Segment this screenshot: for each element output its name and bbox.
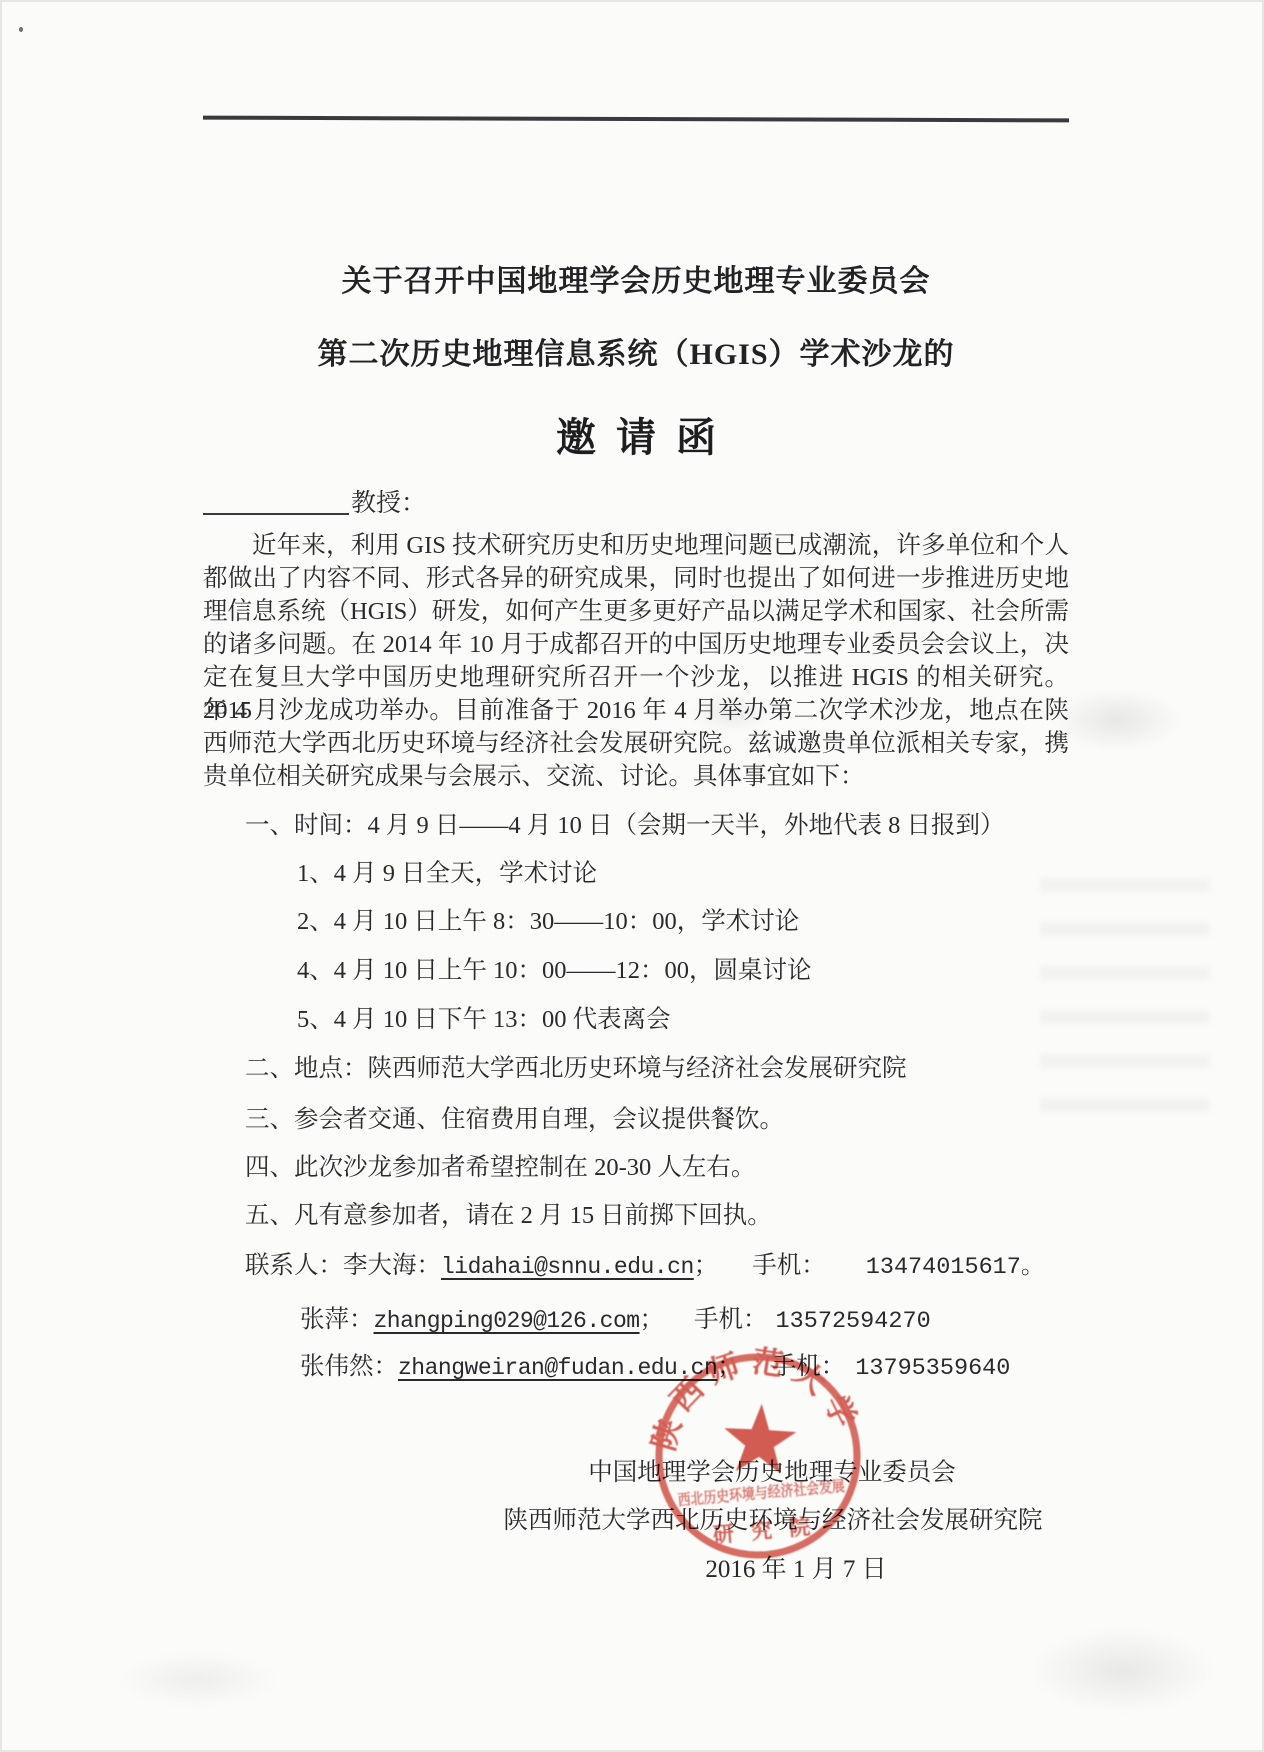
schedule-sub-item: 5、4 月 10 日下午 13：00 代表离会 <box>297 1003 671 1037</box>
contact-separator: ； <box>640 1306 665 1333</box>
contact-phone-label: 手机： <box>752 1252 826 1279</box>
contact-email: zhangping029@126.com <box>374 1308 640 1334</box>
body-line: 年 4 月沙龙成功举办。目前准备于 2016 年 4 月举办第二次学术沙龙，地点… <box>203 694 1069 727</box>
contact-prefix: 张萍： <box>300 1306 374 1333</box>
seal-graphic: 陕西师范大学 西北历史环境与经济社会发展 研 究 院 <box>639 1337 877 1575</box>
schedule-sub-item: 4、4 月 10 日上午 10：00——12：00，圆桌讨论 <box>297 954 812 988</box>
item-capacity: 四、此次沙龙参加者希望控制在 20-30 人左右。 <box>245 1151 755 1185</box>
text-column: 关于召开中国地理学会历史地理专业委员会 第二次历史地理信息系统（HGIS）学术沙… <box>203 0 1069 1752</box>
body-line: 近年来，利用 GIS 技术研究历史和历史地理问题已成潮流，许多单位和个人 <box>203 529 1069 562</box>
seal-band-text: 西北历史环境与经济社会发展 <box>677 1477 845 1510</box>
contact-separator: ； <box>694 1252 719 1279</box>
item-location: 二、地点：陕西师范大学西北历史环境与经济社会发展研究院 <box>245 1052 907 1086</box>
schedule-sub-item: 2、4 月 10 日上午 8：30——10：00，学术讨论 <box>297 905 799 939</box>
body-line: 理信息系统（HGIS）研发，如何产生更多更好产品以满足学术和国家、社会所需 <box>203 595 1069 628</box>
contact-prefix: 张伟然： <box>300 1353 398 1380</box>
contact-phone-label: 手机： <box>694 1306 768 1333</box>
item-expenses: 三、参会者交通、住宿费用自理，会议提供餐饮。 <box>245 1103 784 1137</box>
body-line: 西师范大学西北历史环境与经济社会发展研究院。兹诚邀贵单位派相关专家，携 <box>203 727 1069 760</box>
salutation-text: 教授： <box>351 490 426 517</box>
body-line: 都做出了内容不同、形式各异的研究成果，同时也提出了如何进一步推进历史地 <box>203 562 1069 595</box>
contact-phone: 13795359640 <box>855 1355 1010 1382</box>
body-line: 的诸多问题。在 2014 年 10 月于成都召开的中国历史地理专业委员会会议上，… <box>203 628 1069 661</box>
title-line-2: 第二次历史地理信息系统（HGIS）学术沙龙的 <box>203 336 1069 374</box>
title-line-1: 关于召开中国地理学会历史地理专业委员会 <box>203 263 1069 301</box>
salutation-blank-underline <box>203 487 349 515</box>
scan-speck <box>19 27 23 32</box>
seal-star-icon <box>722 1402 798 1474</box>
contact-row: 联系人：李大海：lidahai@snnu.edu.cn；手机：134740156… <box>245 1249 1044 1285</box>
official-seal: 陕西师范大学 西北历史环境与经济社会发展 研 究 院 <box>639 1337 877 1575</box>
contact-phone: 13474015617。 <box>866 1254 1045 1281</box>
body-line: 贵单位相关研究成果与会展示、交流、讨论。具体事宜如下： <box>203 760 1069 793</box>
letter-heading: 邀请函 <box>203 413 1069 463</box>
schedule-item-time: 一、时间：4 月 9 日——4 月 10 日（会期一天半，外地代表 8 日报到） <box>245 809 1005 843</box>
contact-prefix: 联系人：李大海： <box>245 1252 441 1279</box>
header-rule <box>203 116 1069 123</box>
contact-phone: 13572594270 <box>776 1308 931 1335</box>
schedule-sub-item: 1、4 月 9 日全天，学术讨论 <box>297 857 597 891</box>
contact-email: lidahai@snnu.edu.cn <box>441 1254 694 1280</box>
document-page: 关于召开中国地理学会历史地理专业委员会 第二次历史地理信息系统（HGIS）学术沙… <box>0 0 1264 1752</box>
item-rsvp: 五、凡有意参加者，请在 2 月 15 日前掷下回执。 <box>245 1199 772 1233</box>
scan-artifact <box>1052 688 1182 752</box>
contact-row: 张萍：zhangping029@126.com；手机：13572594270 <box>300 1303 931 1339</box>
salutation-line: 教授： <box>203 487 426 521</box>
